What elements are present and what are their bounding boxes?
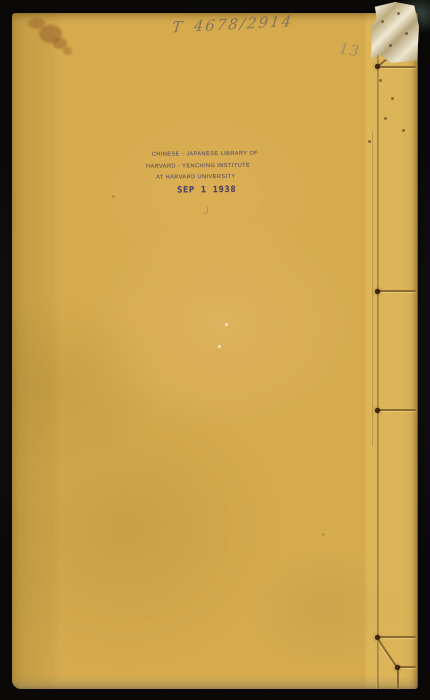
wormhole-speck — [381, 20, 384, 23]
wormhole-speck — [112, 195, 115, 198]
stitch-thread — [377, 66, 416, 68]
wormhole-speck — [322, 533, 325, 536]
wormhole-speck — [368, 140, 371, 143]
corner-number-annotation: 13 — [338, 39, 362, 60]
paper-speck — [225, 323, 228, 326]
stitch-hole — [375, 289, 380, 294]
stitch-thread — [377, 290, 416, 292]
stitch-hole — [375, 635, 380, 640]
stitch-thread — [377, 636, 416, 638]
wormhole-speck — [379, 79, 382, 82]
stitch-hole — [395, 665, 400, 670]
wormhole-speck — [397, 12, 400, 15]
stitch-hole — [375, 64, 380, 69]
stain-top-left — [63, 47, 72, 55]
ink-speck — [202, 206, 208, 215]
spine-fold-crease-secondary — [372, 131, 373, 446]
wormhole-speck — [402, 129, 405, 132]
book-cover: T 4678/2914 13 CHINESE - JAPANESE LIBRAR… — [12, 13, 418, 689]
paper-speck — [218, 345, 221, 348]
spine-fold-crease — [376, 41, 379, 689]
wormhole-speck — [391, 97, 394, 100]
wormhole-speck — [389, 44, 392, 47]
stitch-hole — [375, 408, 380, 413]
photo-background: T 4678/2914 13 CHINESE - JAPANESE LIBRAR… — [0, 0, 430, 700]
wormhole-speck — [405, 32, 408, 35]
corner-repair-patch — [371, 2, 419, 63]
stitch-thread — [377, 409, 416, 411]
call-number-annotation: T 4678/2914 — [171, 12, 303, 37]
library-stamp: CHINESE - JAPANESE LIBRARY OF HARVARD - … — [146, 148, 296, 195]
wormhole-speck — [384, 117, 387, 120]
stamp-date: SEP 1 1938 — [177, 184, 296, 195]
stamp-line-3: AT HARVARD UNIVERSITY — [156, 171, 296, 184]
